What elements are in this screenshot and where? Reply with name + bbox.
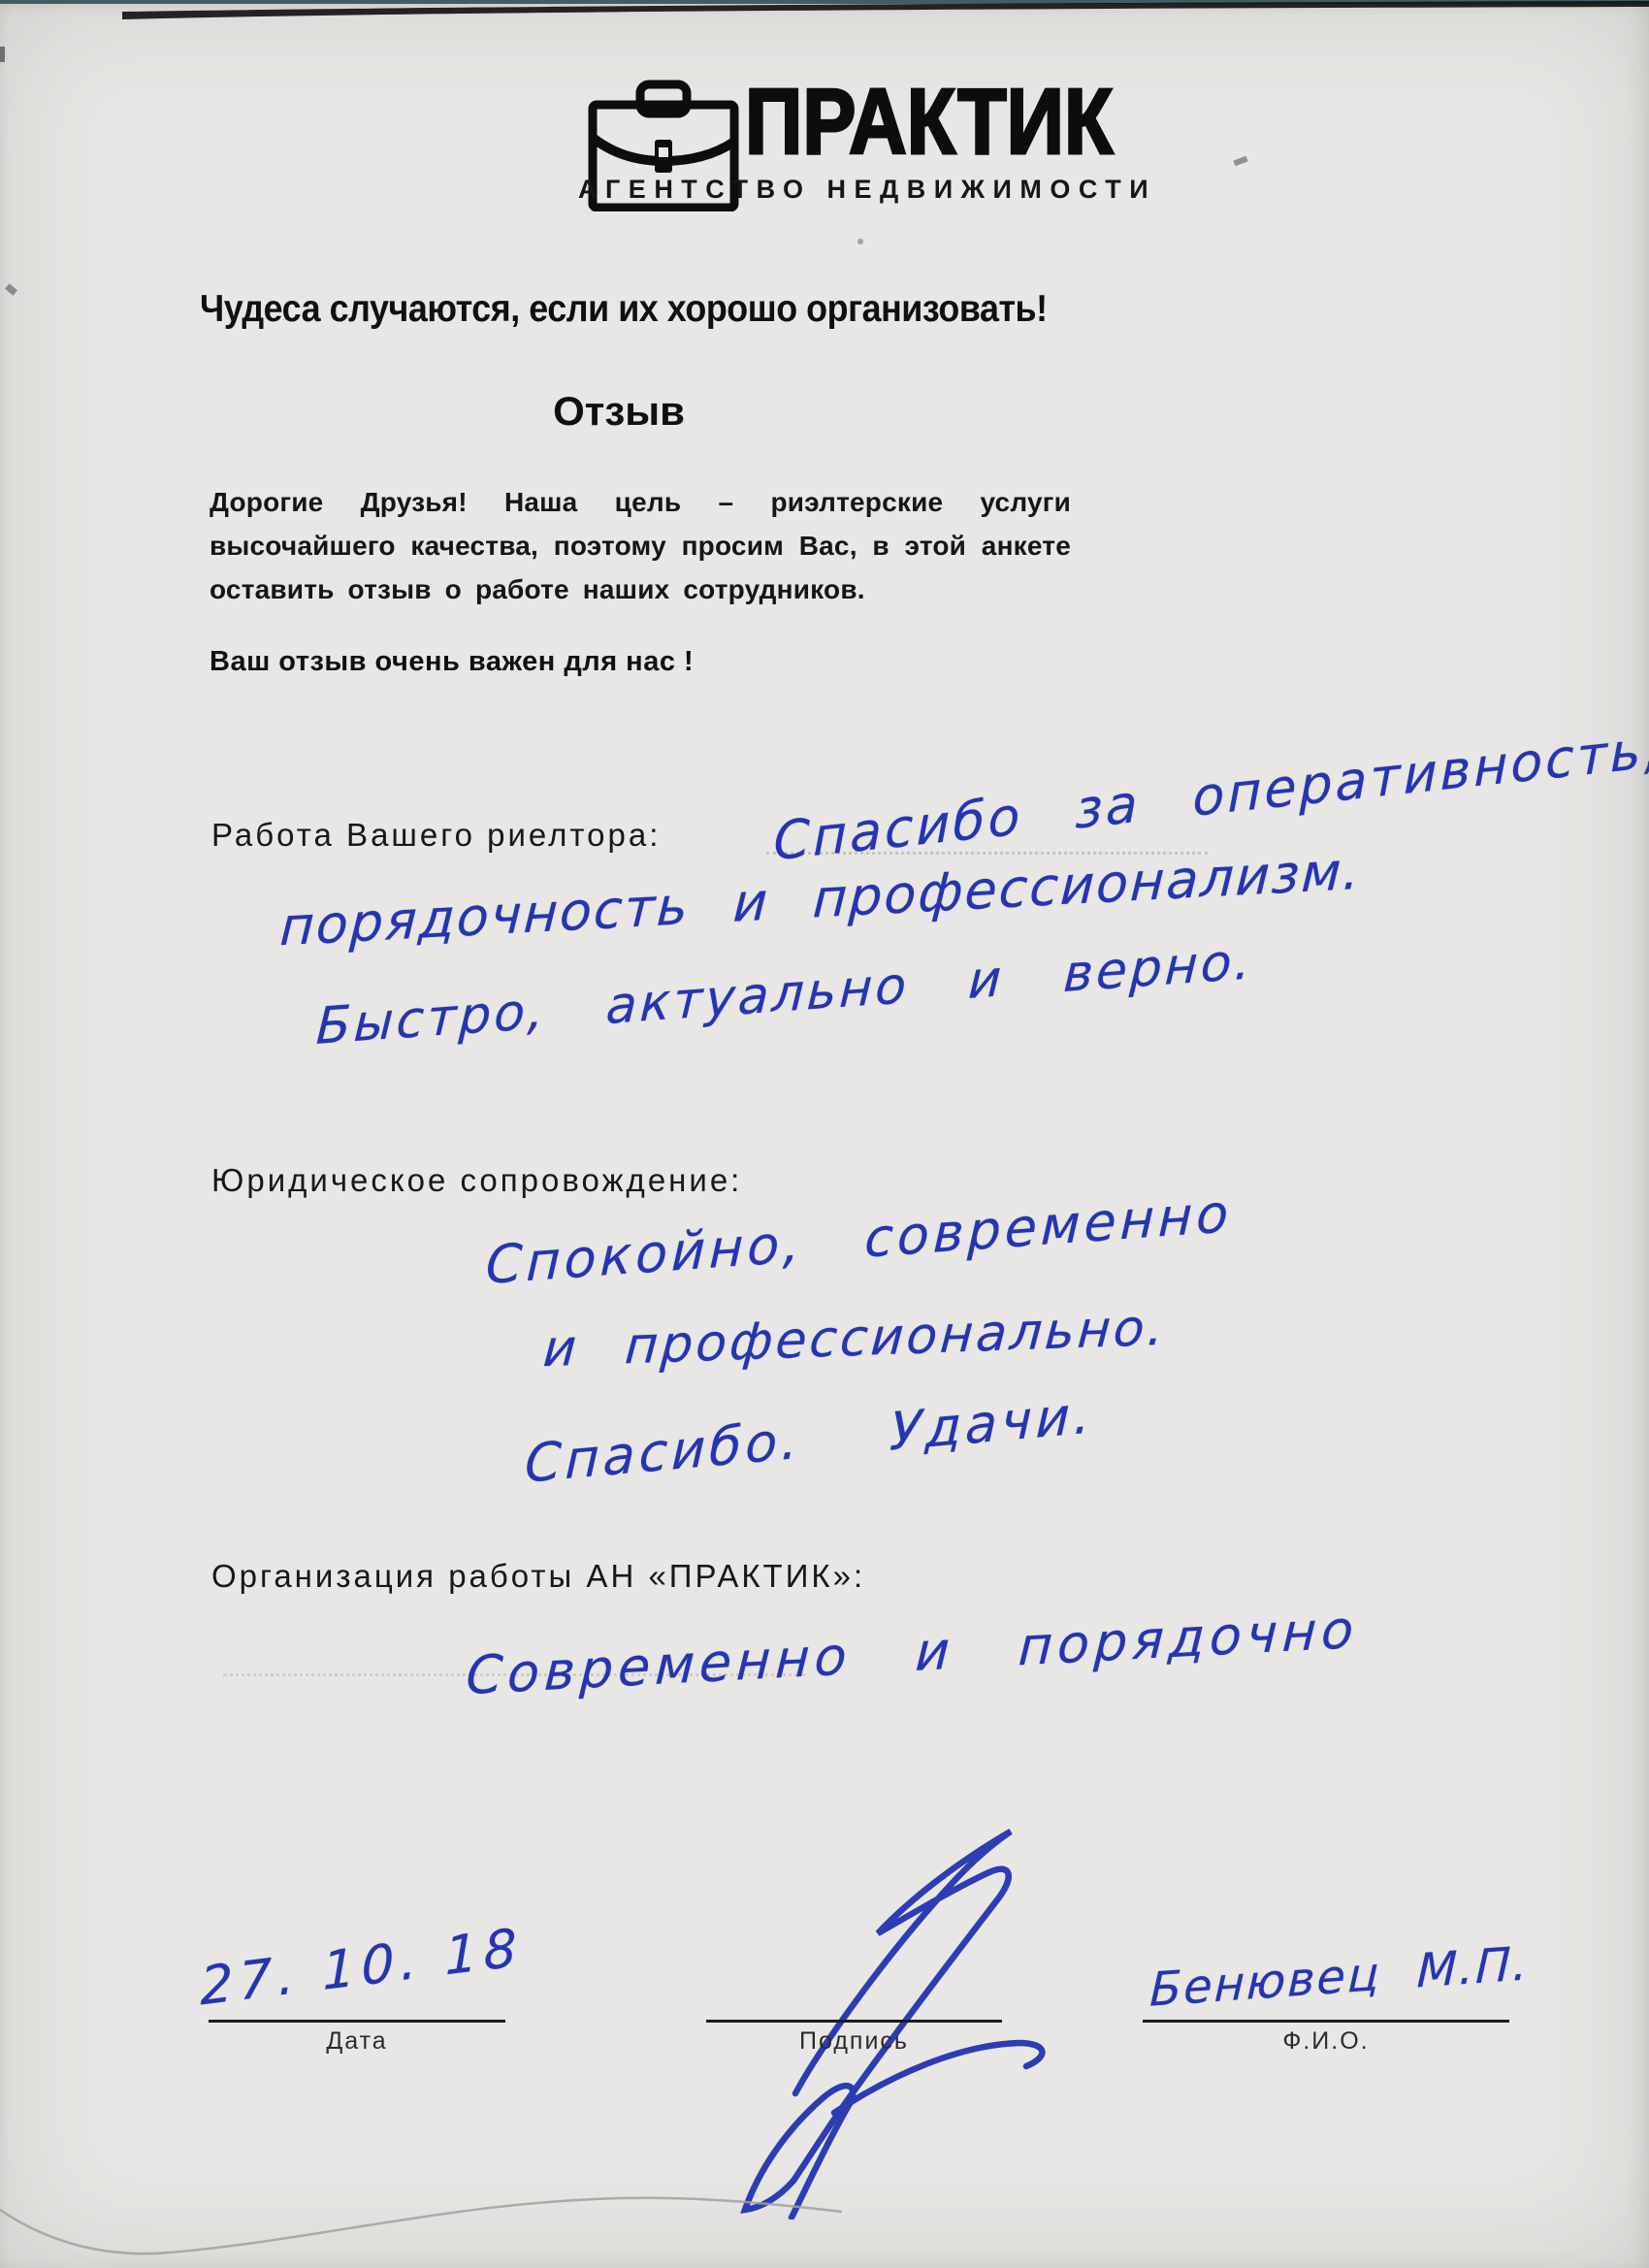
scan-artifact-top-edge — [0, 0, 1649, 39]
handwritten-answer-line: и профессионально. — [541, 1299, 1168, 1379]
handwritten-name: Бенювец М.П. — [1148, 1936, 1530, 2018]
brand-name: ПРАКТИК — [745, 76, 1113, 169]
date-line — [209, 2020, 505, 2023]
form-title: Отзыв — [163, 388, 1075, 435]
field-label-realtor-work: Работа Вашего риелтора: — [211, 817, 661, 854]
scan-speck — [857, 239, 863, 244]
intro-paragraph: Дорогие Друзья! Наша цель – риэлтерские … — [210, 481, 1071, 611]
scanned-feedback-form: ПРАКТИК АГЕНТСТВО НЕДВИЖИМОСТИ Чудеса сл… — [0, 0, 1649, 2268]
date-label: Дата — [209, 2027, 505, 2056]
headline: Чудеса случаются, если их хорошо организ… — [163, 288, 1075, 331]
note-line: Ваш отзыв очень важен для нас ! — [210, 646, 694, 678]
scan-speck — [0, 47, 5, 62]
scan-speck — [5, 283, 17, 295]
signature-label: Подпись — [706, 2027, 1002, 2056]
field-label-agency-organization: Организация работы АН «ПРАКТИК»: — [211, 1558, 865, 1595]
signature-scribble — [669, 1802, 1077, 2219]
handwritten-date: 27. 10. 18 — [200, 1916, 523, 2017]
brand-subtitle: АГЕНТСТВО НЕДВИЖИМОСТИ — [578, 175, 1097, 205]
name-label: Ф.И.О. — [1143, 2027, 1509, 2056]
signature-line — [706, 2020, 1002, 2023]
scan-speck — [1233, 156, 1247, 166]
handwritten-answer-line: Спокойно, современно — [485, 1183, 1233, 1296]
handwritten-answer-line: Спасибо. Удачи. — [524, 1383, 1095, 1495]
handwritten-answer-line: Быстро, актуально и верно. — [315, 932, 1255, 1056]
name-line — [1143, 2020, 1509, 2023]
field-label-legal-support: Юридическое сопровождение: — [211, 1162, 742, 1199]
headline-text: Чудеса случаются, если их хорошо организ… — [200, 288, 1048, 331]
scan-artifact-curve — [0, 2183, 873, 2268]
handwritten-answer-line: Современно и порядочно — [465, 1599, 1360, 1706]
